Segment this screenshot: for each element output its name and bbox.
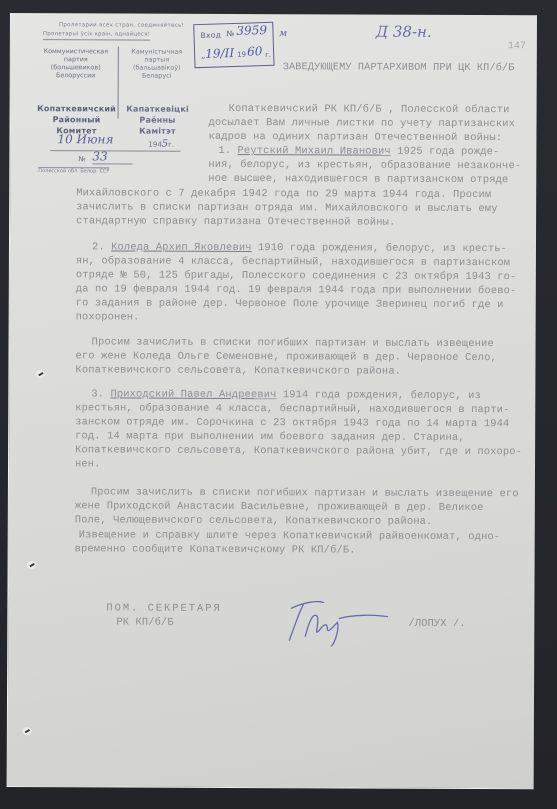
- body-line: занском отряде им. Сорочкина с 23 октябр…: [75, 416, 509, 431]
- stamp-number-label: №: [78, 155, 85, 163]
- incoming-date: „19/II: [201, 46, 234, 61]
- body-line: жене Приходской Анастасии Васильевне, пр…: [75, 500, 484, 515]
- stamp-number-line: [92, 163, 132, 164]
- body-line: стандартную справку партизана Отечествен…: [76, 215, 395, 230]
- body-line: отряде № 50, 125 бригады, Полесского сое…: [76, 269, 517, 285]
- stamp-year: 1945г.: [148, 139, 174, 150]
- page-number: 147: [508, 41, 526, 52]
- addressee: ЗАВЕДУЮЩЕМУ ПАРТАРХИВОМ ПРИ ЦК КП/б/Б: [283, 61, 515, 76]
- body-line: досылает Вам личные листки по учету парт…: [208, 117, 515, 132]
- body-line: похоронен.: [76, 311, 140, 325]
- handwritten-file-note: Д 38-н.: [376, 23, 432, 41]
- incoming-label: Вход: [200, 30, 221, 40]
- stamp-number: 33: [92, 149, 107, 163]
- body-line: Копаткевичского сельсовета, Копаткевичск…: [75, 444, 522, 460]
- punch-hole-mark: [27, 561, 37, 569]
- stamp-party-ru: Коммунистическая партия (большевиков) Бе…: [35, 47, 117, 79]
- stamp-slogan-ru: Пролетарии всех стран, соединяйтесь!: [59, 22, 184, 29]
- stamp-org-by: Капаткевіцкі Раённы Камітэт: [120, 103, 194, 136]
- incoming-year-handwritten: 60: [247, 44, 263, 58]
- body-line: нен.: [75, 458, 101, 472]
- incoming-year-suffix: г.: [265, 51, 271, 59]
- body-line: Просим зачислить в списки погибших парти…: [91, 486, 519, 501]
- party-committee-stamp: Пролетарии всех стран, соединяйтесь! Про…: [32, 19, 193, 170]
- signatory-org: РК КП/б/Б: [116, 616, 174, 630]
- body-line: ян, образование 4 класса, беспартийный, …: [76, 255, 510, 270]
- body-line: да по 19 февраля 1944 год. 19 февраля 19…: [76, 283, 517, 299]
- body-line: Поле, Челющевичского сельсовета, Копатке…: [75, 514, 433, 529]
- body-line: Копаткевичский РК КП/б/Б , Полесской обл…: [229, 103, 510, 118]
- incoming-year-printed: 19: [237, 51, 246, 59]
- body-line: ния, белорус, из крестьян, образование н…: [208, 159, 521, 174]
- body-line: зачислить в списки партизан отряда им. М…: [76, 201, 497, 216]
- body-line: ное высшее, находившегося в партизанском…: [208, 173, 508, 188]
- body-line: Михайловского с 7 декабря 1942 года по 2…: [76, 187, 491, 202]
- incoming-stamp-mark: м: [279, 28, 287, 39]
- stamp-footer: Полесской обл. Белор. ССР: [38, 167, 109, 174]
- stamp-date: 10 Июня: [57, 132, 113, 146]
- body-line: Извещение и справку шлите через Копаткев…: [79, 529, 500, 544]
- stamp-slogan-by: Пролетарыі ўсіх краін, яднайцеся!: [43, 31, 150, 40]
- body-line: 1. Реутский Михаил Иванович 1925 года ро…: [218, 145, 499, 160]
- body-line: год. 14 марта при выполнении им боевого …: [75, 430, 465, 445]
- incoming-number: 3959: [236, 23, 267, 38]
- punch-hole-mark: [22, 727, 32, 735]
- signatory-name: /ЛОПУХ /.: [408, 618, 466, 632]
- body-line: 3. Приходский Павел Андреевич 1914 года …: [91, 388, 481, 403]
- document-page: Пролетарии всех стран, соединяйтесь! Про…: [7, 13, 537, 789]
- stamp-party-by: Камуністычная партыя (бальшавікоў) Белар…: [121, 47, 193, 79]
- signatory-title: ПОМ. СЕКРЕТАРЯ: [106, 602, 221, 616]
- body-line: Копаткевичского сельсовета, Копаткевичск…: [75, 364, 401, 379]
- incoming-registration-stamp: Вход № 3959 „19/II 19 60 г.: [193, 22, 274, 68]
- punch-hole-mark: [35, 370, 45, 378]
- body-line: Просим зачислить в списки погибших парти…: [92, 336, 494, 351]
- body-line: го задания в районе дер. Червоное Поле у…: [76, 297, 504, 312]
- body-line: крестьян, образование 4 класса, беспарти…: [75, 402, 509, 417]
- body-line: временно сообщите Копаткевичскому РК КП/…: [75, 543, 356, 558]
- body-line: кадров на одиних партизан Отечественной …: [208, 131, 502, 146]
- handwritten-signature: [283, 596, 393, 646]
- body-line: его жене Коледа Ольге Семеновне, прожива…: [75, 350, 496, 365]
- body-line: 2. Коледа Архип Яковлевич 1910 года рожд…: [92, 241, 507, 256]
- incoming-number-sign: №: [226, 29, 234, 38]
